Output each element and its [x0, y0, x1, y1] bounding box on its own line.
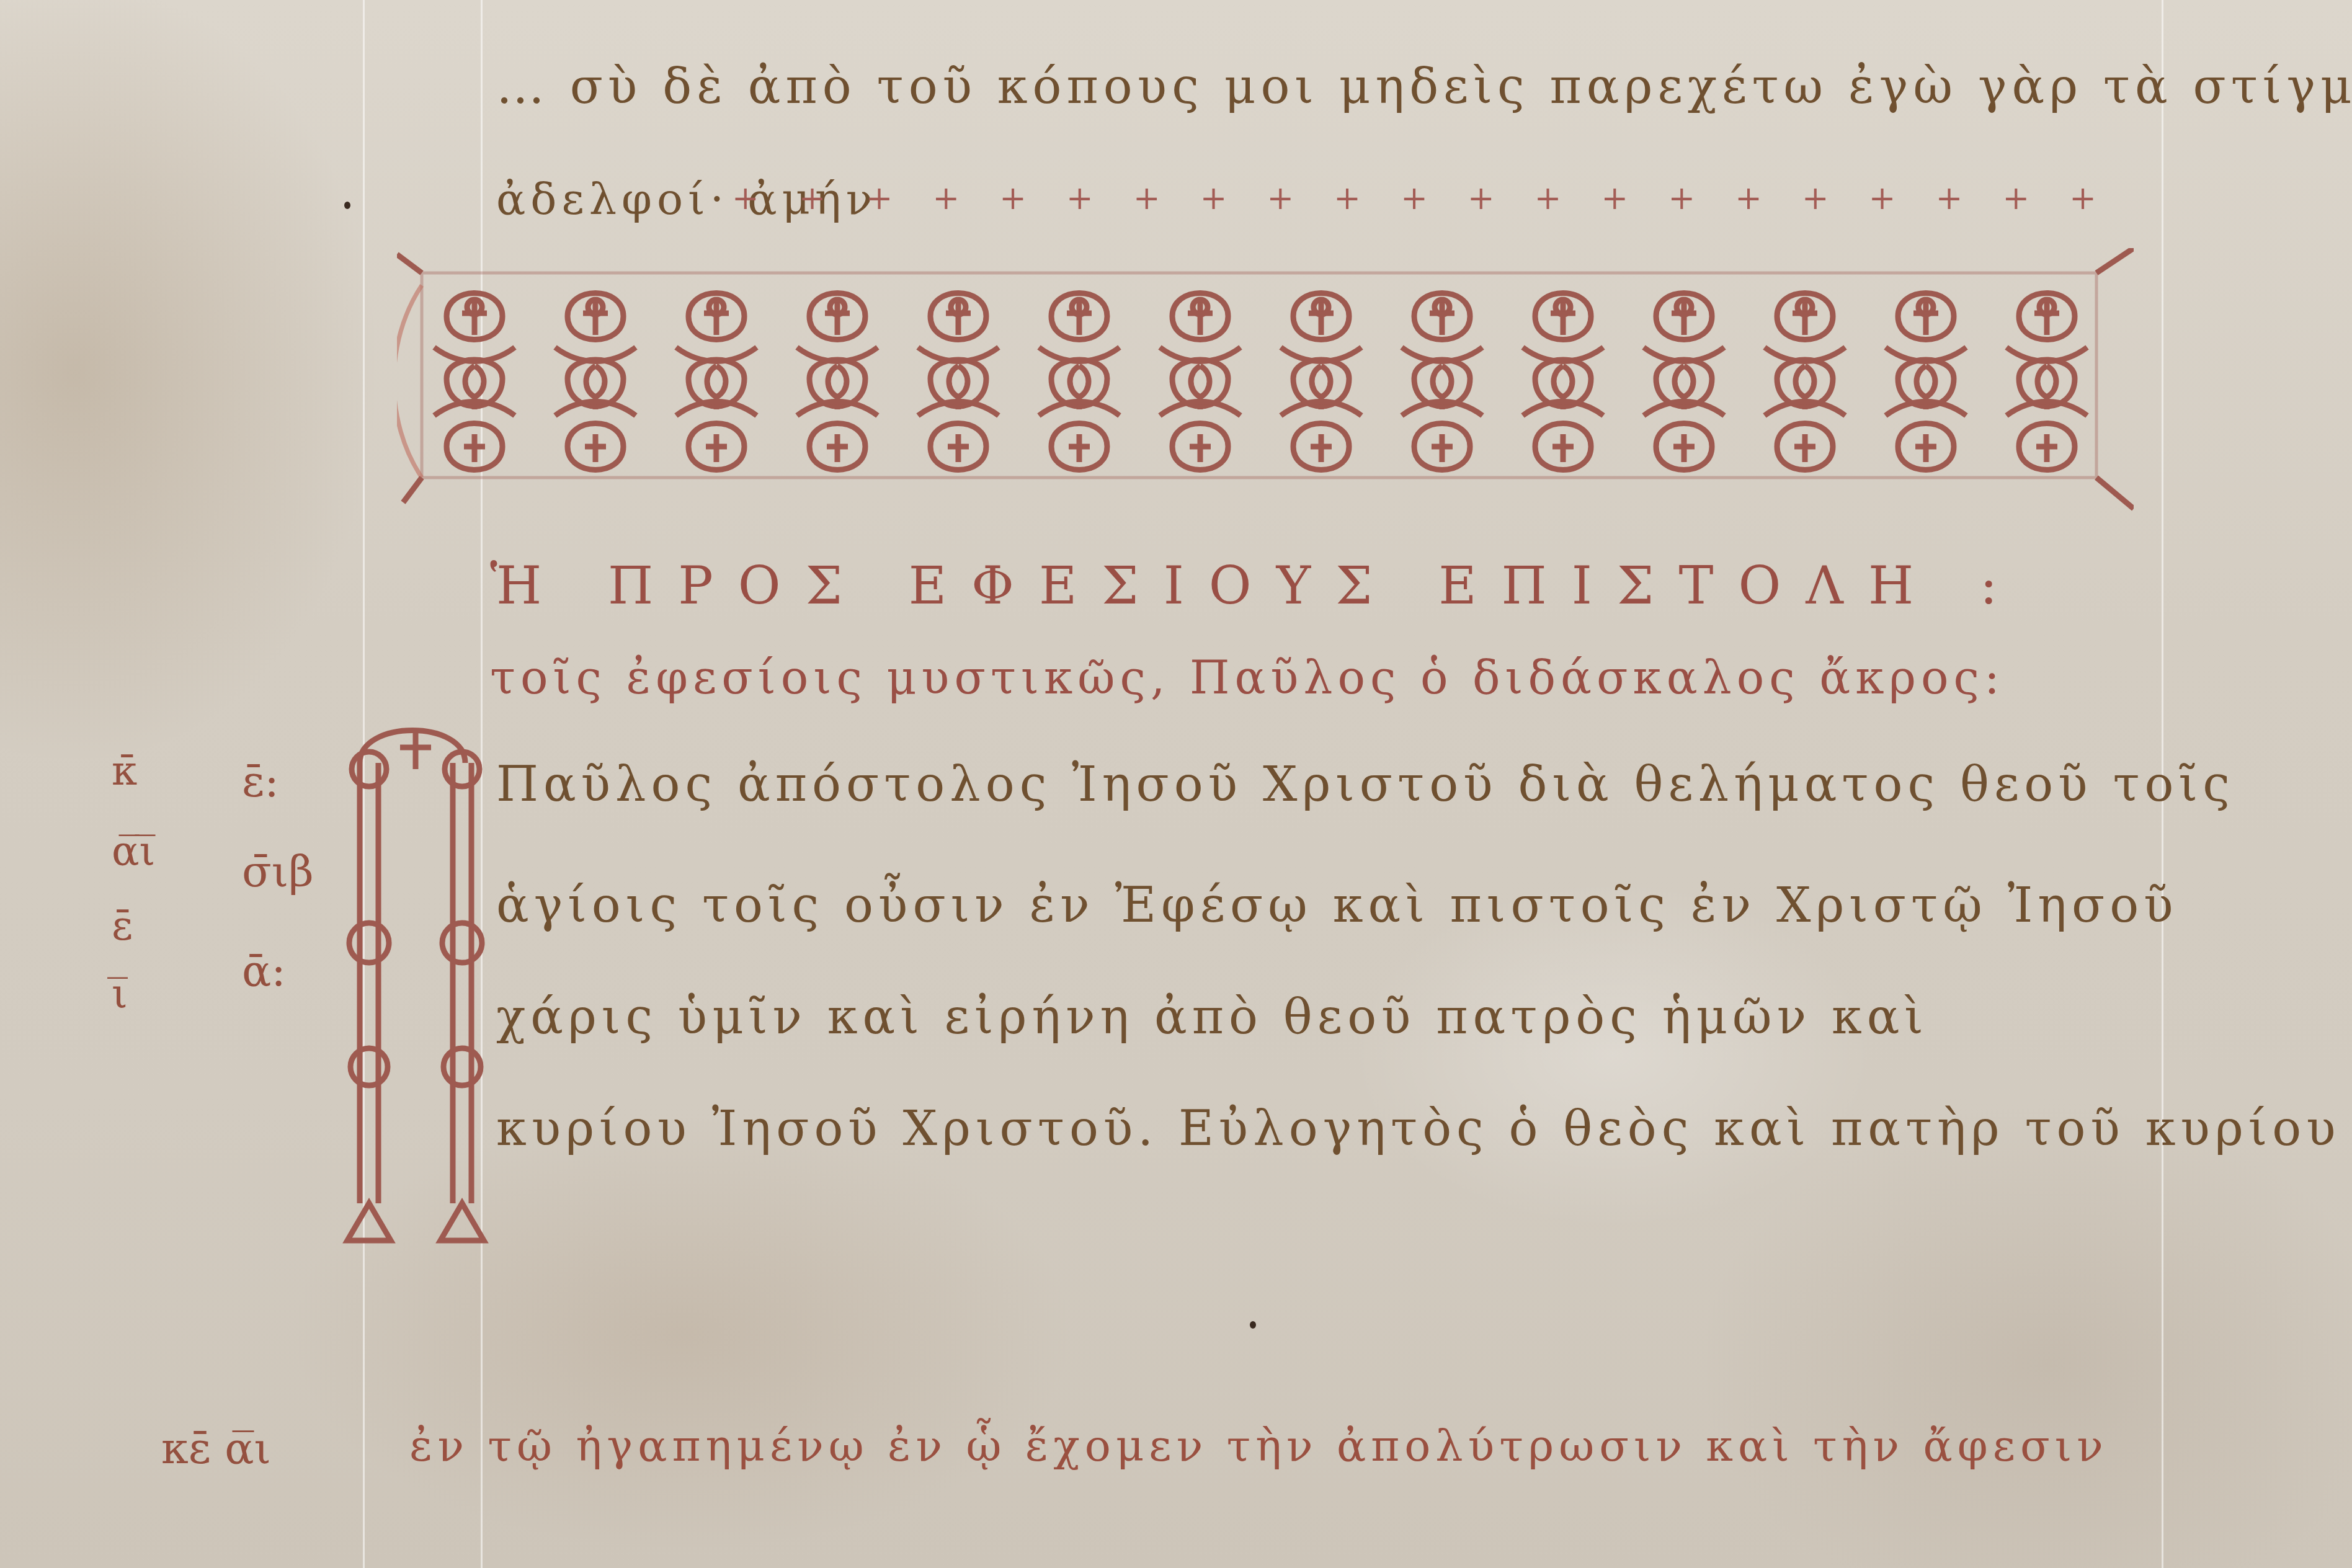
cross-row: +++++++++++++++++++++ — [732, 180, 2096, 217]
ink-dot — [344, 202, 350, 209]
margin-vertical-4: ι̅ — [112, 968, 128, 1021]
parchment-page: … σὺ δὲ ἀπὸ τοῦ κόπους μοι μηδεὶς παρεχέ… — [0, 0, 2352, 1568]
margin-vertical-1: κ̄ — [112, 744, 137, 798]
margin-vertical-3: ε̄ — [112, 899, 133, 953]
margin-numeral-2: σ̄ιβ — [242, 844, 314, 900]
text-line-2: ἁγίοις τοῖς οὖσιν ἐν Ἐφέσῳ καὶ πιστοῖς ἐ… — [496, 878, 2178, 933]
margin-numeral-3: ᾱ: — [242, 943, 286, 999]
text-line-top-1: … σὺ δὲ ἀπὸ τοῦ κόπους μοι μηδεὶς παρεχέ… — [496, 59, 2352, 115]
ink-dot — [1250, 1321, 1256, 1329]
text-line-4: κυρίου Ἰησοῦ Χριστοῦ. Εὐλογητὸς ὁ θεὸς κ… — [496, 1101, 2352, 1157]
text-line-1: Παῦλος ἀπόστολος Ἰησοῦ Χριστοῦ διὰ θελήμ… — [496, 757, 2235, 813]
margin-numeral-1: ε̄: — [242, 754, 279, 810]
rubric-line: τοῖς ἐφεσίοις μυστικῶς, Παῦλος ὁ διδάσκα… — [490, 651, 2005, 705]
bracket-ornament — [323, 719, 509, 1253]
text-line-3: χάρις ὑμῖν καὶ εἰρήνη ἀπὸ θεοῦ πατρὸς ἡμ… — [496, 989, 1928, 1045]
text-line-bottom: ἐν τῷ ἠγαπημένῳ ἐν ᾧ ἔχομεν τὴν ἀπολύτρω… — [409, 1420, 2108, 1471]
headpiece-interlace-ornament — [397, 248, 2134, 515]
margin-vertical-2: α̅ι̅ — [112, 825, 155, 878]
margin-bottom-note: κε̄ α̅ι — [161, 1420, 271, 1477]
epistle-heading: Ἡ ΠΡΟΣ ΕΦΕΣΙΟΥΣ ΕΠΙΣΤΟΛΗ : — [490, 555, 2022, 616]
